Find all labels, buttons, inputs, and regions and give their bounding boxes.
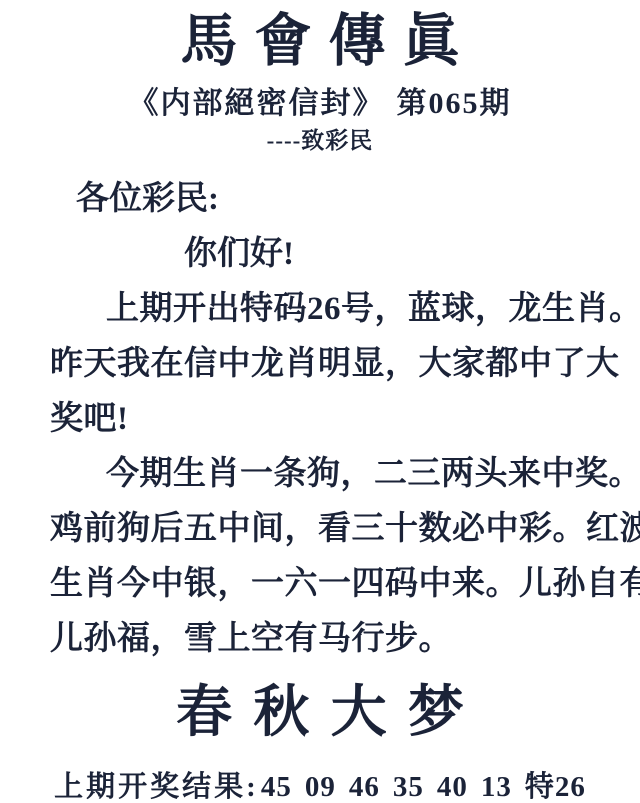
envelope-label: 《内部絕密信封》 <box>129 87 385 120</box>
result-number: 45 <box>261 769 292 803</box>
letter-body: 各位彩民: 你们好! 上期开出特码26号，蓝球，龙生肖。 昨天我在信中龙肖明显，… <box>0 172 640 667</box>
results-label: 上期开奖结果: <box>54 769 259 803</box>
result-number: 40 <box>437 769 468 803</box>
result-number: 35 <box>393 769 424 803</box>
letter-line: 儿孙福，雪上空有马行步。 <box>50 612 624 667</box>
special-number: 特26 <box>525 769 586 803</box>
slogan: 春秋大梦 <box>0 677 640 749</box>
letter-line: 上期开出特码26号，蓝球，龙生肖。 <box>106 282 624 337</box>
fax-sheet: 馬會傳眞 《内部絕密信封》第065期 ----致彩民 各位彩民: 你们好! 上期… <box>0 0 640 803</box>
result-number: 09 <box>305 769 336 803</box>
letter-line: 奖吧! <box>50 392 624 447</box>
dedication-line: ----致彩民 <box>0 126 640 156</box>
salutation: 各位彩民: <box>76 172 624 227</box>
letter-line: 今期生肖一条狗，二三两头来中奖。 <box>106 447 624 502</box>
page-title: 馬會傳眞 <box>0 6 640 78</box>
greeting: 你们好! <box>184 227 624 282</box>
issue-number: 第065期 <box>397 87 512 120</box>
result-number: 13 <box>481 769 512 803</box>
result-number: 46 <box>349 769 380 803</box>
subtitle-line: 《内部絕密信封》第065期 <box>0 84 640 124</box>
special-value: 26 <box>555 771 586 803</box>
letter-line: 昨天我在信中龙肖明显，大家都中了大 <box>50 337 624 392</box>
letter-line: 鸡前狗后五中间，看三十数必中彩。红波 <box>50 502 624 557</box>
special-prefix: 特 <box>525 771 555 803</box>
letter-line: 生肖今中银，一六一四码中来。儿孙自有 <box>50 557 624 612</box>
previous-draw-results: 上期开奖结果: 45 09 46 35 40 13 特26 <box>0 769 640 803</box>
